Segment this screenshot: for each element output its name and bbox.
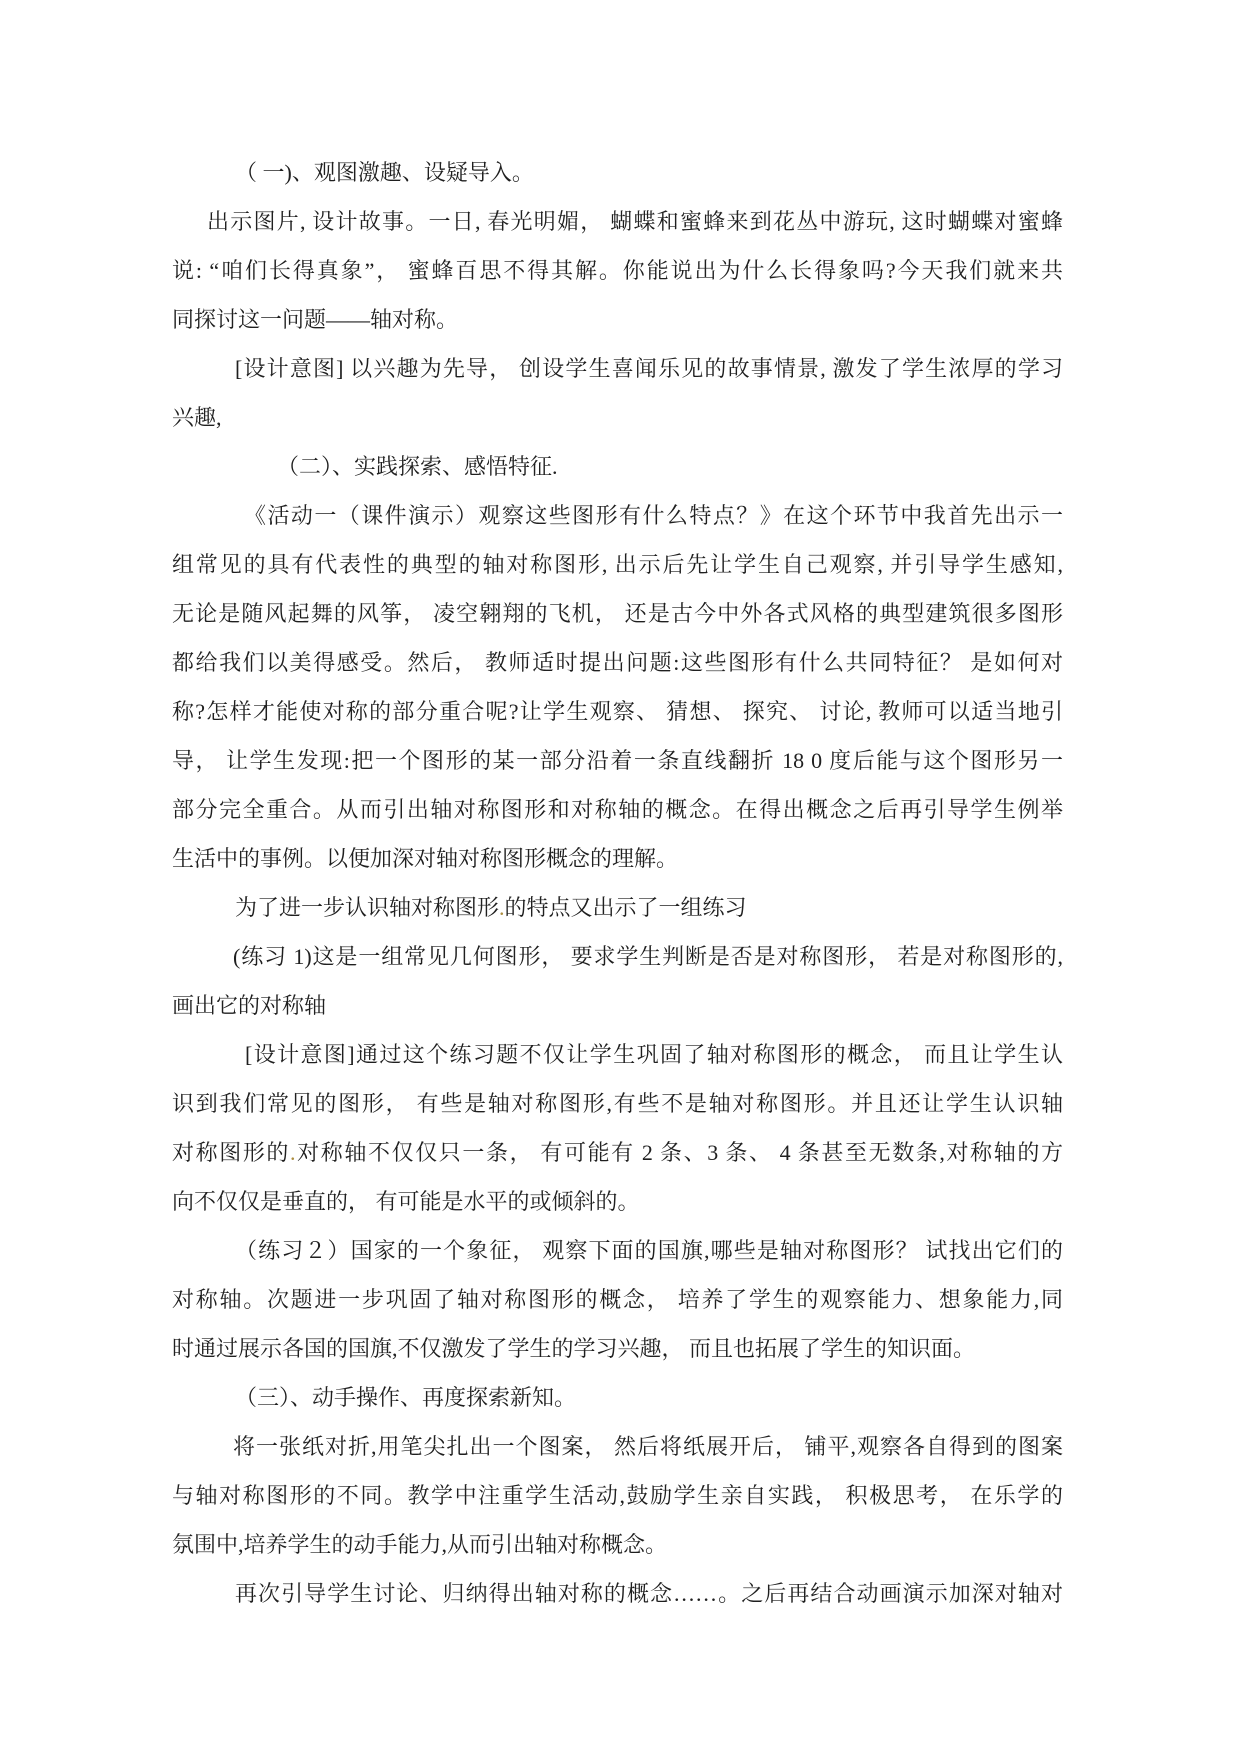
text-segment: （练习２）国家的一个象征， 观察下面的国旗,哪些是轴对称图形？ 试找出它们的 [235, 1238, 1063, 1263]
text-segment: 与轴对称图形的不同。教学中注重学生活动,鼓励学生亲自实践， 积极思考， 在乐学的 [172, 1483, 1063, 1508]
text-segment: 对称轴。次题进一步巩固了轴对称图形的概念， 培养了学生的观察能力、想象能力,同 [172, 1287, 1063, 1312]
text-segment: （二）、实践探索、感悟特征. [277, 454, 558, 479]
text-line: 对称图形的.对称轴不仅仅只一条， 有可能有 2 条、3 条、 4 条甚至无数条,… [172, 1128, 1063, 1177]
text-segment: 向不仅仅是垂直的， 有可能是水平的或倾斜的。 [172, 1189, 640, 1214]
text-line: （练习２）国家的一个象征， 观察下面的国旗,哪些是轴对称图形？ 试找出它们的 [172, 1226, 1063, 1275]
document-body: （ 一)、观图激趣、设疑导入。出示图片, 设计故事。一日, 春光明媚， 蝴蝶和蜜… [172, 148, 1063, 1618]
text-line: 导， 让学生发现:把一个图形的某一部分沿着一条直线翻折 18 0 度后能与这个图… [172, 736, 1063, 785]
text-segment: 说: “咱们长得真象”， 蜜蜂百思不得其解。你能说出为什么长得象吗?今天我们就来… [172, 258, 1063, 283]
text-line: 称?怎样才能使对称的部分重合呢?让学生观察、 猜想、 探究、 讨论, 教师可以适… [172, 687, 1063, 736]
text-segment: 《活动一（课件演示）观察这些图形有什么特点？》在这个环节中我首先出示一 [244, 503, 1063, 528]
text-segment: 出示图片, 设计故事。一日, 春光明媚， 蝴蝶和蜜蜂来到花丛中游玩, 这时蝴蝶对… [207, 209, 1063, 234]
text-segment: 对称图形的 [172, 1140, 290, 1165]
text-line: 无论是随风起舞的风筝， 凌空翱翔的飞机， 还是古今中外各式风格的典型建筑很多图形 [172, 589, 1063, 638]
document-page: （ 一)、观图激趣、设疑导入。出示图片, 设计故事。一日, 春光明媚， 蝴蝶和蜜… [0, 0, 1241, 1754]
text-line: 向不仅仅是垂直的， 有可能是水平的或倾斜的。 [172, 1177, 1063, 1226]
text-segment: 为了进一步认识轴对称图形 [235, 895, 499, 920]
text-line: 出示图片, 设计故事。一日, 春光明媚， 蝴蝶和蜜蜂来到花丛中游玩, 这时蝴蝶对… [172, 197, 1063, 246]
text-segment: （三）、动手操作、再度探索新知。 [235, 1385, 576, 1410]
text-line: 将一张纸对折,用笔尖扎出一个图案， 然后将纸展开后， 铺平,观察各自得到的图案 [172, 1422, 1063, 1471]
text-segment: （ 一)、观图激趣、设疑导入。 [235, 160, 534, 185]
text-segment: 识到我们常见的图形， 有些是轴对称图形,有些不是轴对称图形。并且还让学生认识轴 [172, 1091, 1063, 1116]
text-segment: 兴趣, [172, 405, 222, 430]
text-segment: 画出它的对称轴 [172, 993, 326, 1018]
text-line: 《活动一（课件演示）观察这些图形有什么特点？》在这个环节中我首先出示一 [172, 491, 1063, 540]
text-segment: 都给我们以美得感受。然后， 教师适时提出问题:这些图形有什么共同特征？ 是如何对 [172, 650, 1063, 675]
text-line: 画出它的对称轴 [172, 981, 1063, 1030]
text-line: 氛围中,培养学生的动手能力,从而引出轴对称概念。 [172, 1520, 1063, 1569]
text-segment: 同探讨这一问题——轴对称。 [172, 307, 458, 332]
text-segment: 部分完全重合。从而引出轴对称图形和对称轴的概念。在得出概念之后再引导学生例举 [172, 797, 1063, 822]
text-segment: 对称轴不仅仅只一条， 有可能有 2 条、3 条、 4 条甚至无数条,对称轴的方 [296, 1140, 1063, 1165]
text-line: （三）、动手操作、再度探索新知。 [172, 1373, 1063, 1422]
text-segment: 无论是随风起舞的风筝， 凌空翱翔的飞机， 还是古今中外各式风格的典型建筑很多图形 [172, 601, 1063, 626]
text-line: [设计意图] 以兴趣为先导， 创设学生喜闻乐见的故事情景, 激发了学生浓厚的学习 [172, 344, 1063, 393]
text-segment: 时通过展示各国的国旗,不仅激发了学生的学习兴趣， 而且也拓展了学生的知识面。 [172, 1336, 975, 1361]
text-line: 再次引导学生讨论、归纳得出轴对称的概念……。之后再结合动画演示加深对轴对 [172, 1569, 1063, 1618]
text-segment: (练习 1)这是一组常见几何图形， 要求学生判断是否是对称图形， 若是对称图形的… [233, 944, 1063, 969]
text-segment: [设计意图] 以兴趣为先导， 创设学生喜闻乐见的故事情景, 激发了学生浓厚的学习 [235, 356, 1063, 381]
text-line: 与轴对称图形的不同。教学中注重学生活动,鼓励学生亲自实践， 积极思考， 在乐学的 [172, 1471, 1063, 1520]
text-line: 识到我们常见的图形， 有些是轴对称图形,有些不是轴对称图形。并且还让学生认识轴 [172, 1079, 1063, 1128]
text-segment: 导， 让学生发现:把一个图形的某一部分沿着一条直线翻折 18 0 度后能与这个图… [172, 748, 1063, 773]
text-segment: [设计意图]通过这个练习题不仅让学生巩固了轴对称图形的概念， 而且让学生认 [245, 1042, 1063, 1067]
text-segment: 生活中的事例。以便加深对轴对称图形概念的理解。 [172, 846, 678, 871]
text-segment: 称?怎样才能使对称的部分重合呢?让学生观察、 猜想、 探究、 讨论, 教师可以适… [172, 699, 1063, 724]
text-line: [设计意图]通过这个练习题不仅让学生巩固了轴对称图形的概念， 而且让学生认 [172, 1030, 1063, 1079]
text-line: 同探讨这一问题——轴对称。 [172, 295, 1063, 344]
text-line: 时通过展示各国的国旗,不仅激发了学生的学习兴趣， 而且也拓展了学生的知识面。 [172, 1324, 1063, 1373]
text-segment: 组常见的具有代表性的典型的轴对称图形, 出示后先让学生自己观察, 并引导学生感知… [172, 552, 1063, 577]
text-line: 对称轴。次题进一步巩固了轴对称图形的概念， 培养了学生的观察能力、想象能力,同 [172, 1275, 1063, 1324]
text-segment: 的特点又出示了一组练习 [505, 895, 747, 920]
text-line: 兴趣, [172, 393, 1063, 442]
text-line: 组常见的具有代表性的典型的轴对称图形, 出示后先让学生自己观察, 并引导学生感知… [172, 540, 1063, 589]
text-line: 生活中的事例。以便加深对轴对称图形概念的理解。 [172, 834, 1063, 883]
text-segment: 再次引导学生讨论、归纳得出轴对称的概念……。之后再结合动画演示加深对轴对 [235, 1581, 1063, 1606]
text-line: (练习 1)这是一组常见几何图形， 要求学生判断是否是对称图形， 若是对称图形的… [172, 932, 1063, 981]
text-line: 部分完全重合。从而引出轴对称图形和对称轴的概念。在得出概念之后再引导学生例举 [172, 785, 1063, 834]
text-line: （二）、实践探索、感悟特征. [172, 442, 1063, 491]
text-segment: 将一张纸对折,用笔尖扎出一个图案， 然后将纸展开后， 铺平,观察各自得到的图案 [233, 1434, 1063, 1459]
text-line: （ 一)、观图激趣、设疑导入。 [172, 148, 1063, 197]
text-segment: 氛围中,培养学生的动手能力,从而引出轴对称概念。 [172, 1532, 667, 1557]
text-line: 说: “咱们长得真象”， 蜜蜂百思不得其解。你能说出为什么长得象吗?今天我们就来… [172, 246, 1063, 295]
text-line: 都给我们以美得感受。然后， 教师适时提出问题:这些图形有什么共同特征？ 是如何对 [172, 638, 1063, 687]
text-line: 为了进一步认识轴对称图形.的特点又出示了一组练习 [172, 883, 1063, 932]
